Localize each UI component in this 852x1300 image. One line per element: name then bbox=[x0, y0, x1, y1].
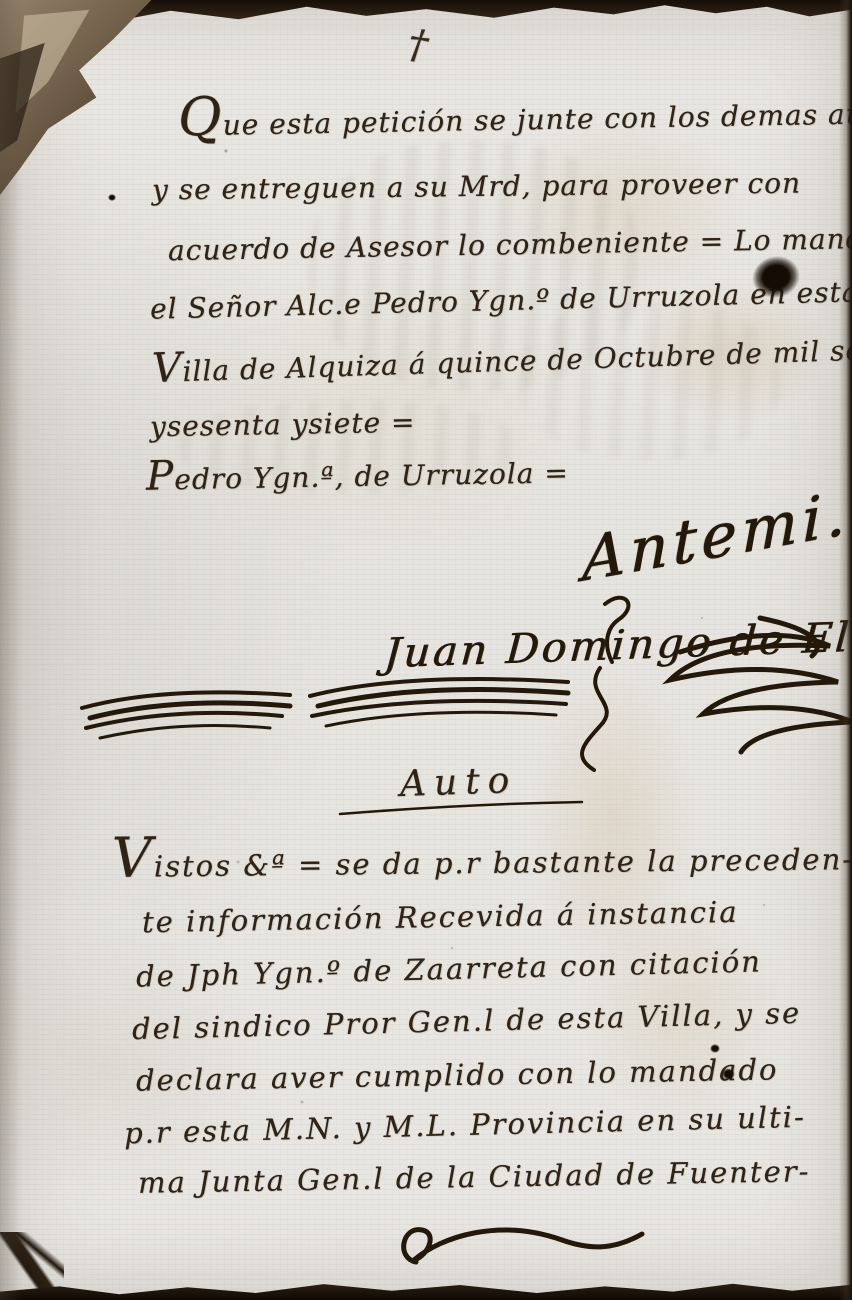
decree-line-7: Pedro Ygn.ª, de Urruzola = bbox=[146, 454, 569, 496]
manuscript-scan: † Que esta petición se junte con los dem… bbox=[0, 0, 852, 1300]
decree-line-2: y se entreguen a su Mrd, para proveer co… bbox=[152, 167, 801, 207]
verso-showthrough bbox=[520, 300, 780, 460]
ink-blot bbox=[108, 194, 116, 201]
page-edge-right bbox=[839, 0, 852, 1300]
ink-blot bbox=[710, 1044, 720, 1053]
decree-line-6: ysesenta ysiete = bbox=[150, 406, 416, 444]
catchword-flourish bbox=[350, 1196, 650, 1286]
signature-rubric-flourish bbox=[60, 590, 852, 765]
torn-corner bbox=[0, 0, 172, 195]
auto-underline bbox=[336, 798, 586, 818]
auto-line-1: Vistos &ª = se da p.r bastante la preced… bbox=[112, 834, 852, 884]
ink-blot bbox=[722, 1068, 735, 1080]
page-edge-left bbox=[0, 0, 22, 1300]
